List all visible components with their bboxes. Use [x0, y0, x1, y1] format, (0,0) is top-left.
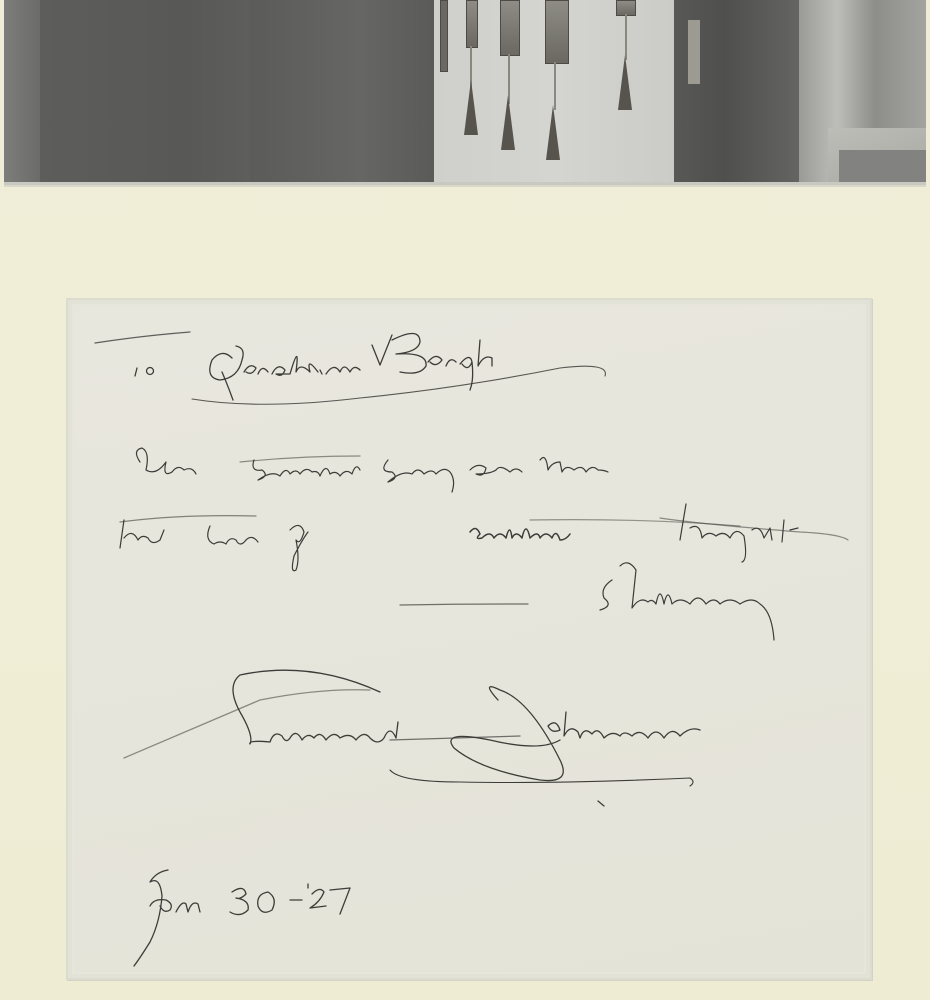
- ornament-chain: [554, 62, 556, 110]
- photo-robe-left: [40, 0, 250, 182]
- ornament-pendant: [464, 80, 478, 135]
- ornament-plate: [688, 20, 700, 84]
- ornament-plate: [440, 0, 448, 72]
- photo-robe-middle: [250, 0, 434, 182]
- ornament-pendant: [501, 95, 515, 150]
- ornament-plate: [545, 0, 569, 64]
- photo-floor: [839, 150, 926, 182]
- ornament-pendant: [618, 55, 632, 110]
- autograph-paper: [66, 298, 872, 980]
- photograph: [4, 0, 926, 185]
- ornament-chain: [625, 14, 627, 60]
- ornament-plate: [500, 0, 520, 56]
- paper-surface: [74, 306, 864, 972]
- ornament-pendant: [546, 105, 560, 160]
- photo-left-edge: [4, 0, 40, 182]
- ornament-plate: [466, 0, 478, 48]
